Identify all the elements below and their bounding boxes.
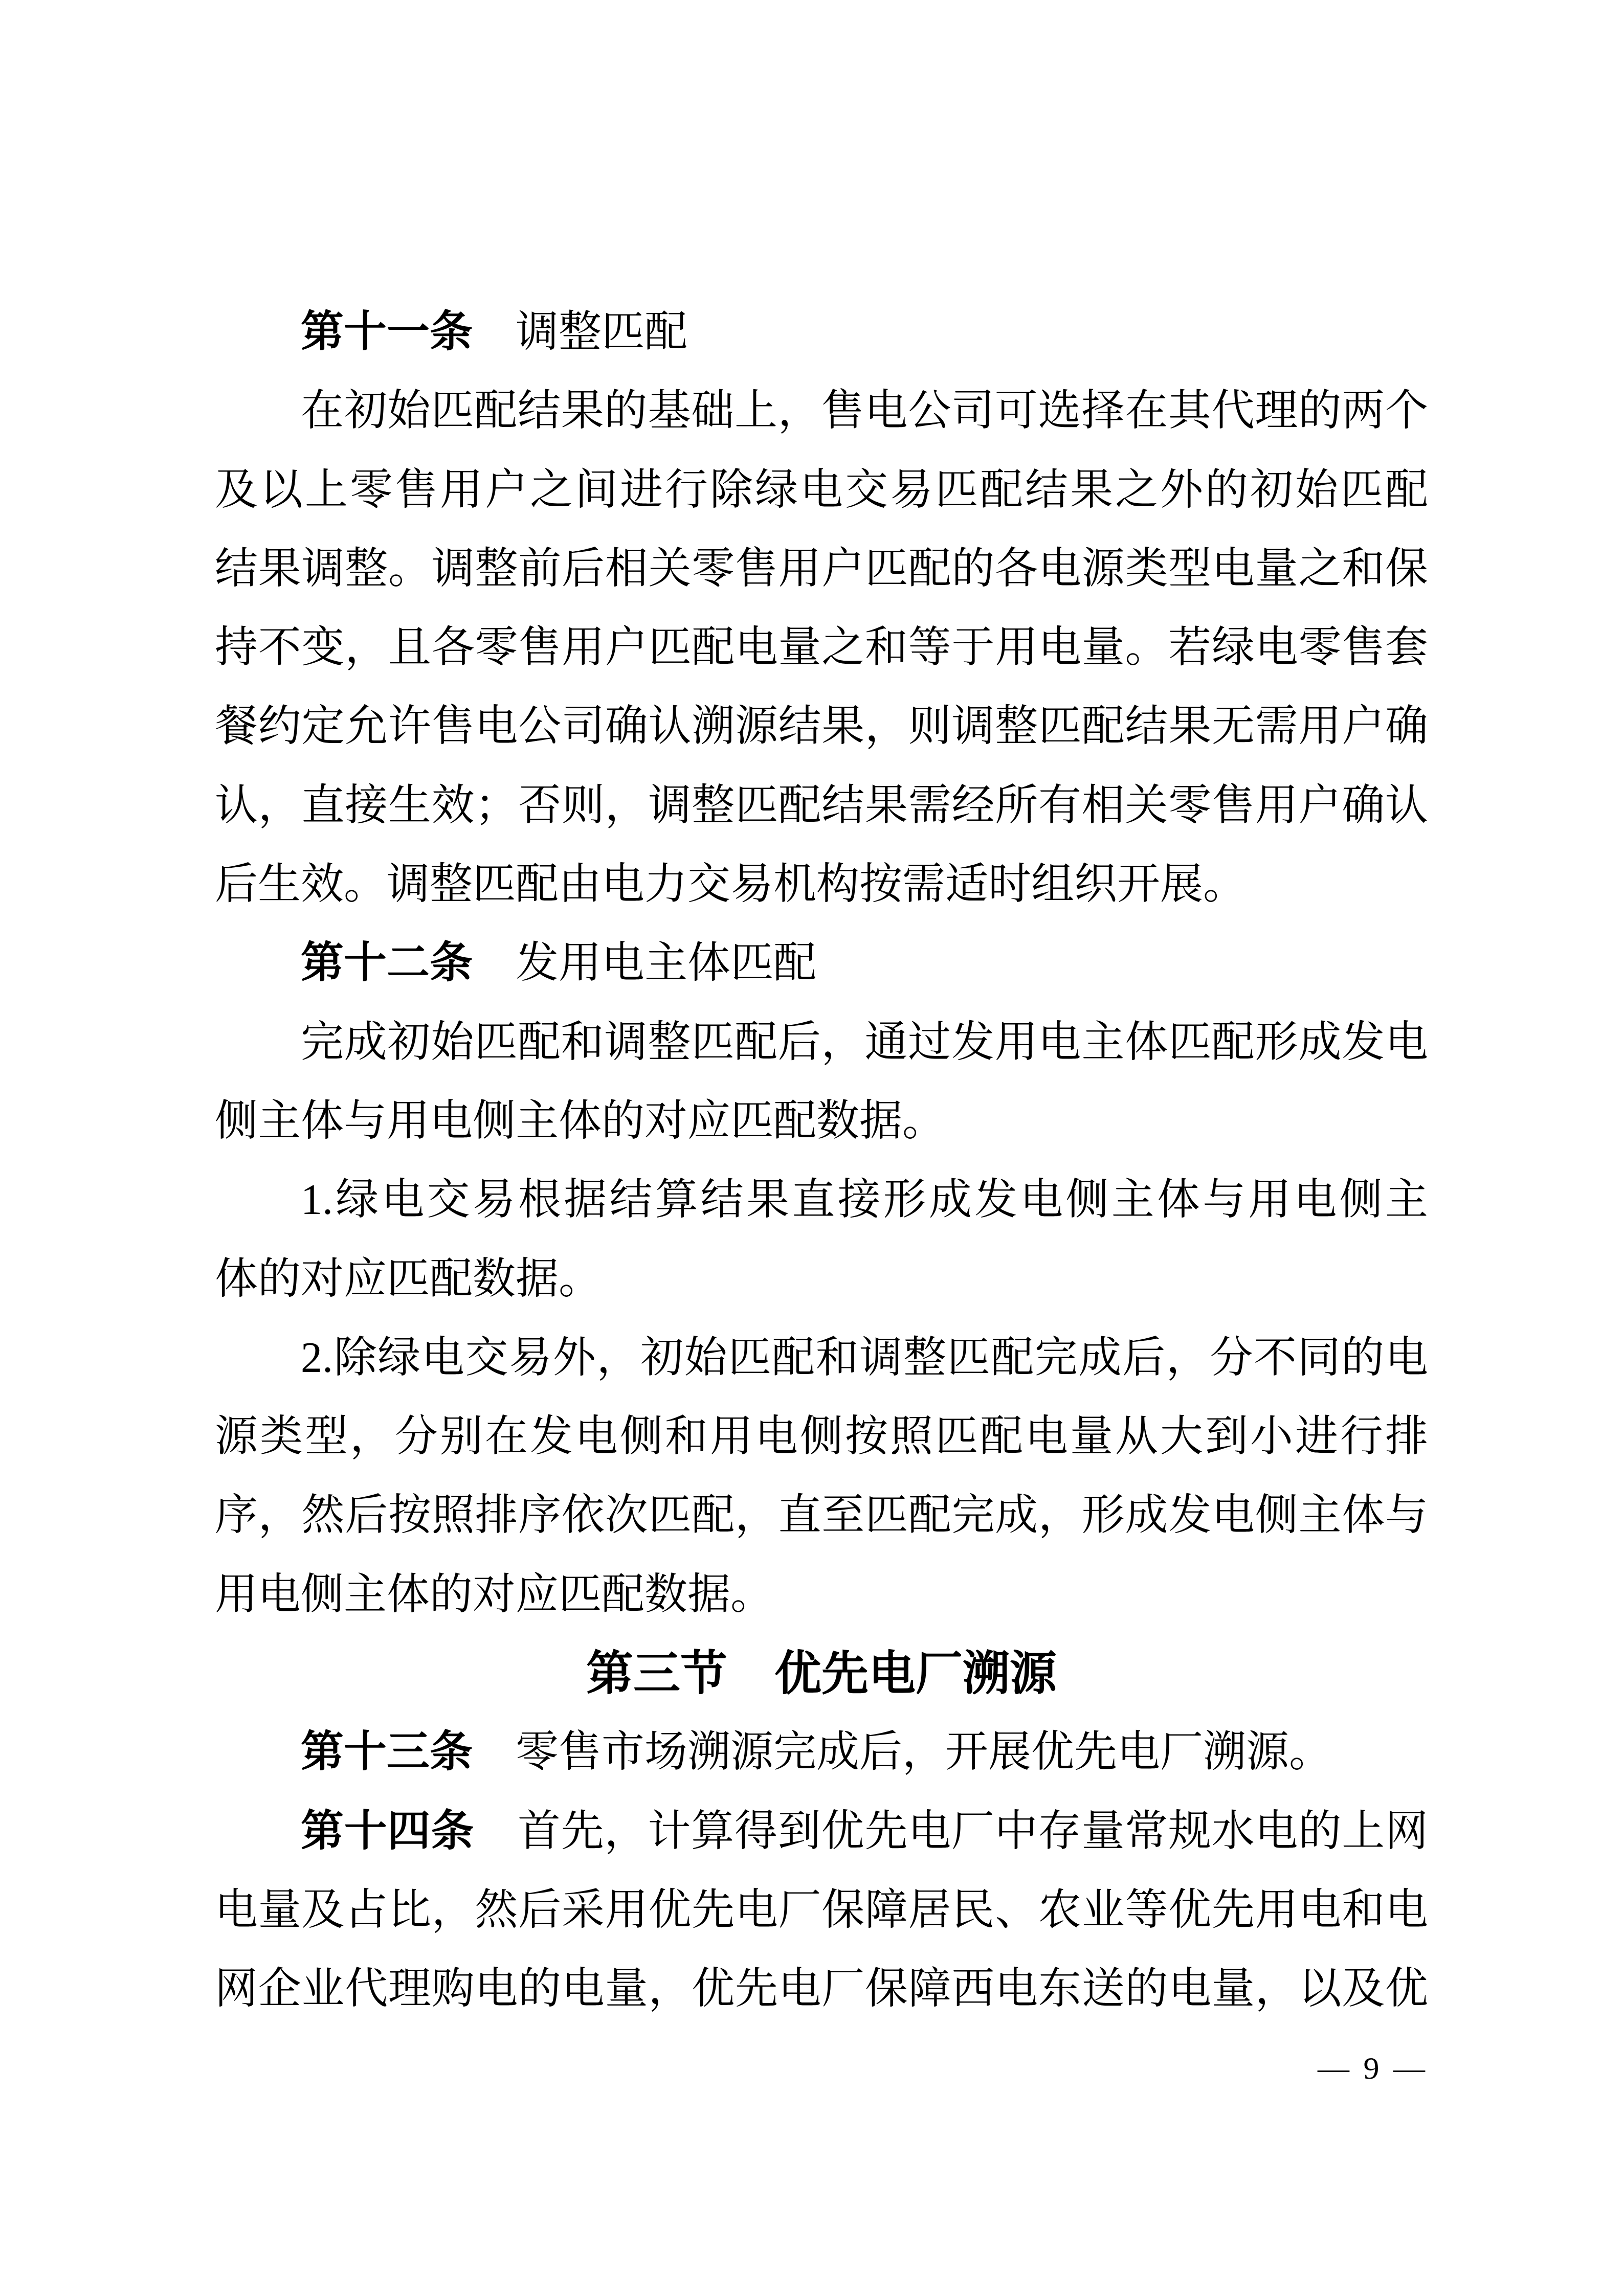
- article-number: 第十一条: [301, 308, 473, 356]
- para-start-line: 在初始匹配结果的基础上，售电公司可选择在其代理的两个: [215, 372, 1428, 451]
- page-number: — 9 —: [215, 2029, 1428, 2108]
- body-line: 及以上零售用户之间进行除绿电交易匹配结果之外的初始匹配: [215, 451, 1428, 530]
- body-line: 后生效。调整匹配由电力交易机构按需适时组织开展。: [215, 845, 1428, 924]
- body-line: 电量及占比，然后采用优先电厂保障居民、农业等优先用电和电: [215, 1871, 1428, 1950]
- body-line: 认，直接生效；否则，调整匹配结果需经所有相关零售用户确认: [215, 767, 1428, 845]
- body-line: 结果调整。调整前后相关零售用户匹配的各电源类型电量之和保: [215, 530, 1428, 609]
- article-heading-line: 第十一条 调整匹配: [215, 293, 1428, 372]
- article-heading-line: 第十二条 发用电主体匹配: [215, 924, 1428, 1003]
- article-number: 第十三条: [301, 1728, 473, 1776]
- article-para-line: 第十三条 零售市场溯源完成后，开展优先电厂溯源。: [215, 1713, 1428, 1792]
- body-line: 序，然后按照排序依次匹配，直至匹配完成，形成发电侧主体与: [215, 1476, 1428, 1555]
- document-page: 第十一条 调整匹配在初始匹配结果的基础上，售电公司可选择在其代理的两个及以上零售…: [0, 0, 1624, 2296]
- section-heading-line: 第三节 优先电厂溯源: [215, 1634, 1428, 1713]
- body-line: 体的对应匹配数据。: [215, 1240, 1428, 1319]
- body-line: 侧主体与用电侧主体的对应匹配数据。: [215, 1082, 1428, 1161]
- body-line: 用电侧主体的对应匹配数据。: [215, 1556, 1428, 1634]
- body-line: 源类型，分别在发电侧和用电侧按照匹配电量从大到小进行排: [215, 1398, 1428, 1476]
- body-line: 网企业代理购电的电量，优先电厂保障西电东送的电量，以及优: [215, 1950, 1428, 2029]
- article-para-line: 第十四条 首先，计算得到优先电厂中存量常规水电的上网: [215, 1792, 1428, 1871]
- article-number: 第十四条: [301, 1808, 474, 1855]
- body-line: 餐约定允许售电公司确认溯源结果，则调整匹配结果无需用户确: [215, 687, 1428, 766]
- article-number: 第十二条: [301, 939, 473, 987]
- para-start-line: 完成初始匹配和调整匹配后，通过发用电主体匹配形成发电: [215, 1003, 1428, 1082]
- para-start-line: 1.绿电交易根据结算结果直接形成发电侧主体与用电侧主: [215, 1161, 1428, 1240]
- text-column: 第十一条 调整匹配在初始匹配结果的基础上，售电公司可选择在其代理的两个及以上零售…: [215, 293, 1428, 2029]
- body-line: 持不变，且各零售用户匹配电量之和等于用电量。若绿电零售套: [215, 609, 1428, 687]
- para-start-line: 2.除绿电交易外，初始匹配和调整匹配完成后，分不同的电: [215, 1319, 1428, 1398]
